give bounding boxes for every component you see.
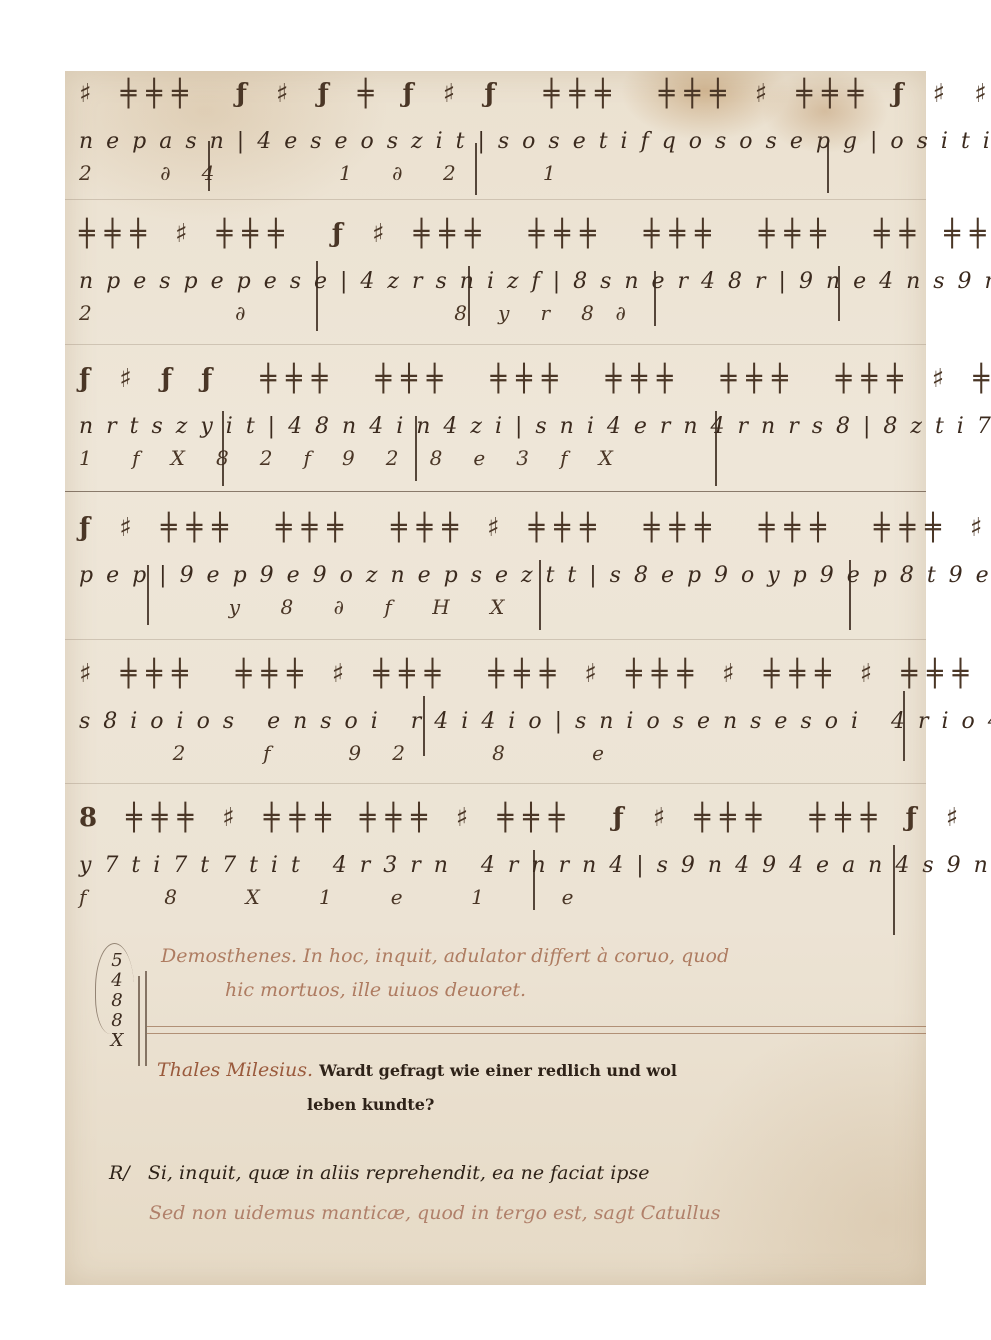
- response-marker: R/: [109, 1162, 130, 1184]
- rhythm-flags: 8 ╪╪╪ ♯ ╪╪╪ ╪╪╪ ♯ ╪╪╪ ƒ ♯ ╪╪╪ ╪╪╪ ƒ ♯: [79, 803, 968, 833]
- barline: [838, 266, 840, 321]
- barline: [849, 560, 851, 630]
- separator-rule: [147, 1026, 926, 1027]
- tablature-letters: p e p | 9 e p 9 e 9 o z n e p s e z t t …: [79, 563, 991, 588]
- speaker-name: Thales Milesius.: [157, 1059, 313, 1081]
- si-inquit-saying: R/ Si, inquit, quæ in aliis reprehendit,…: [109, 1153, 721, 1233]
- bass-letters: y 8 ∂ f H X: [79, 595, 507, 619]
- margin-bracket: [95, 943, 134, 1034]
- tablature-row-6: 8 ╪╪╪ ♯ ╪╪╪ ╪╪╪ ♯ ╪╪╪ ƒ ♯ ╪╪╪ ╪╪╪ ƒ ♯ y …: [65, 795, 926, 935]
- tablature-row-1: ♯ ╪╪╪ ƒ ♯ ƒ ╪ ƒ ♯ ƒ ╪╪╪ ╪╪╪ ♯ ╪╪╪ ƒ ♯ ♯ …: [65, 71, 926, 211]
- barline: [475, 143, 477, 195]
- tablature-letters: n e p a s n | 4 e s e o s z i t | s o s …: [79, 129, 991, 154]
- bass-letters: f 8 X 1 e 1 e: [79, 885, 577, 909]
- barline: [147, 565, 149, 625]
- rhythm-flags: ╪╪╪ ♯ ╪╪╪ ƒ ♯ ╪╪╪ ╪╪╪ ╪╪╪ ╪╪╪ ╪╪ ╪╪╪: [79, 219, 991, 249]
- tablature-letters: n r t s z y i t | 4 8 n 4 i n 4 z i | s …: [79, 414, 991, 439]
- speaker-name: Demosthenes.: [161, 945, 297, 967]
- rhythm-flags: ♯ ╪╪╪ ƒ ♯ ƒ ╪ ƒ ♯ ƒ ╪╪╪ ╪╪╪ ♯ ╪╪╪ ƒ ♯ ♯ …: [79, 79, 991, 109]
- tablature-letters: n p e s p e p e s e | 4 z r s n i z f | …: [79, 269, 991, 294]
- tablature-row-5: ♯ ╪╪╪ ╪╪╪ ♯ ╪╪╪ ╪╪╪ ♯ ╪╪╪ ♯ ╪╪╪ ♯ ╪╪╪ s …: [65, 651, 926, 791]
- barline: [222, 411, 224, 486]
- barline: [423, 696, 425, 756]
- saying-line: hic mortuos, ille uiuos deuoret.: [161, 973, 729, 1007]
- barline: [468, 266, 470, 326]
- tablature-row-4: ƒ ♯ ╪╪╪ ╪╪╪ ╪╪╪ ♯ ╪╪╪ ╪╪╪ ╪╪╪ ╪╪╪ ♯ ╪╪╪ …: [65, 505, 926, 645]
- barline: [533, 850, 535, 910]
- bass-letters: 2 ∂ 4 1 ∂ 2 1: [79, 161, 559, 185]
- margin-cross: X: [105, 1031, 129, 1051]
- margin-double-line: [138, 976, 140, 1066]
- saying-line: Wardt gefragt wie einer redlich und wol: [319, 1061, 677, 1080]
- barline: [316, 261, 318, 331]
- bass-letters: 2 f 9 2 8 e: [79, 741, 607, 765]
- manuscript-page: ♯ ╪╪╪ ƒ ♯ ƒ ╪ ƒ ♯ ƒ ╪╪╪ ╪╪╪ ♯ ╪╪╪ ƒ ♯ ♯ …: [65, 71, 926, 1285]
- rhythm-flags: ♯ ╪╪╪ ╪╪╪ ♯ ╪╪╪ ╪╪╪ ♯ ╪╪╪ ♯ ╪╪╪ ♯ ╪╪╪: [79, 659, 978, 689]
- ruled-line: [65, 199, 926, 200]
- separator-rule: [147, 1033, 926, 1034]
- barline: [208, 141, 210, 191]
- rhythm-flags: ƒ ♯ ƒ ƒ ╪╪╪ ╪╪╪ ╪╪╪ ╪╪╪ ╪╪╪ ╪╪╪ ♯ ╪╪╪ ƒ: [79, 364, 991, 394]
- barline: [539, 560, 541, 630]
- thales-saying: Thales Milesius. Wardt gefragt wie einer…: [157, 1053, 677, 1122]
- bass-letters: 2 ∂ 8 y r 8 ∂: [79, 301, 629, 325]
- ruled-line: [65, 783, 926, 784]
- barline: [893, 845, 895, 935]
- tablature-row-3: ƒ ♯ ƒ ƒ ╪╪╪ ╪╪╪ ╪╪╪ ╪╪╪ ╪╪╪ ╪╪╪ ♯ ╪╪╪ ƒ …: [65, 356, 926, 496]
- barline: [827, 143, 829, 193]
- saying-line: leben kundte?: [157, 1088, 677, 1122]
- rhythm-flags: ƒ ♯ ╪╪╪ ╪╪╪ ╪╪╪ ♯ ╪╪╪ ╪╪╪ ╪╪╪ ╪╪╪ ♯ ╪╪╪: [79, 513, 991, 543]
- tablature-letters: y 7 t i 7 t 7 t i t 4 r 3 r n 4 r n r n …: [79, 853, 991, 878]
- barline: [903, 691, 905, 761]
- ruled-line: [65, 344, 926, 345]
- barline: [715, 411, 717, 486]
- demosthenes-saying: Demosthenes. In hoc, inquit, adulator di…: [161, 939, 729, 1007]
- tablature-row-2: ╪╪╪ ♯ ╪╪╪ ƒ ♯ ╪╪╪ ╪╪╪ ╪╪╪ ╪╪╪ ╪╪ ╪╪╪ n p…: [65, 211, 926, 351]
- bass-letters: 1 f X 8 2 f 9 2 8 e 3 f X: [79, 446, 616, 470]
- tablature-letters: s 8 i o i o s e n s o i r 4 i 4 i o | s …: [79, 709, 991, 734]
- saying-line: Sed non uidemus manticæ, quod in tergo e…: [109, 1193, 721, 1233]
- margin-double-line: [145, 971, 147, 1066]
- ruled-line: [65, 639, 926, 640]
- saying-line: Si, inquit, quæ in aliis reprehendit, ea…: [148, 1162, 650, 1184]
- saying-line: In hoc, inquit, adulator differt à coruo…: [303, 945, 729, 967]
- ruled-line: [65, 491, 926, 492]
- barline: [415, 416, 417, 481]
- barline: [654, 271, 656, 326]
